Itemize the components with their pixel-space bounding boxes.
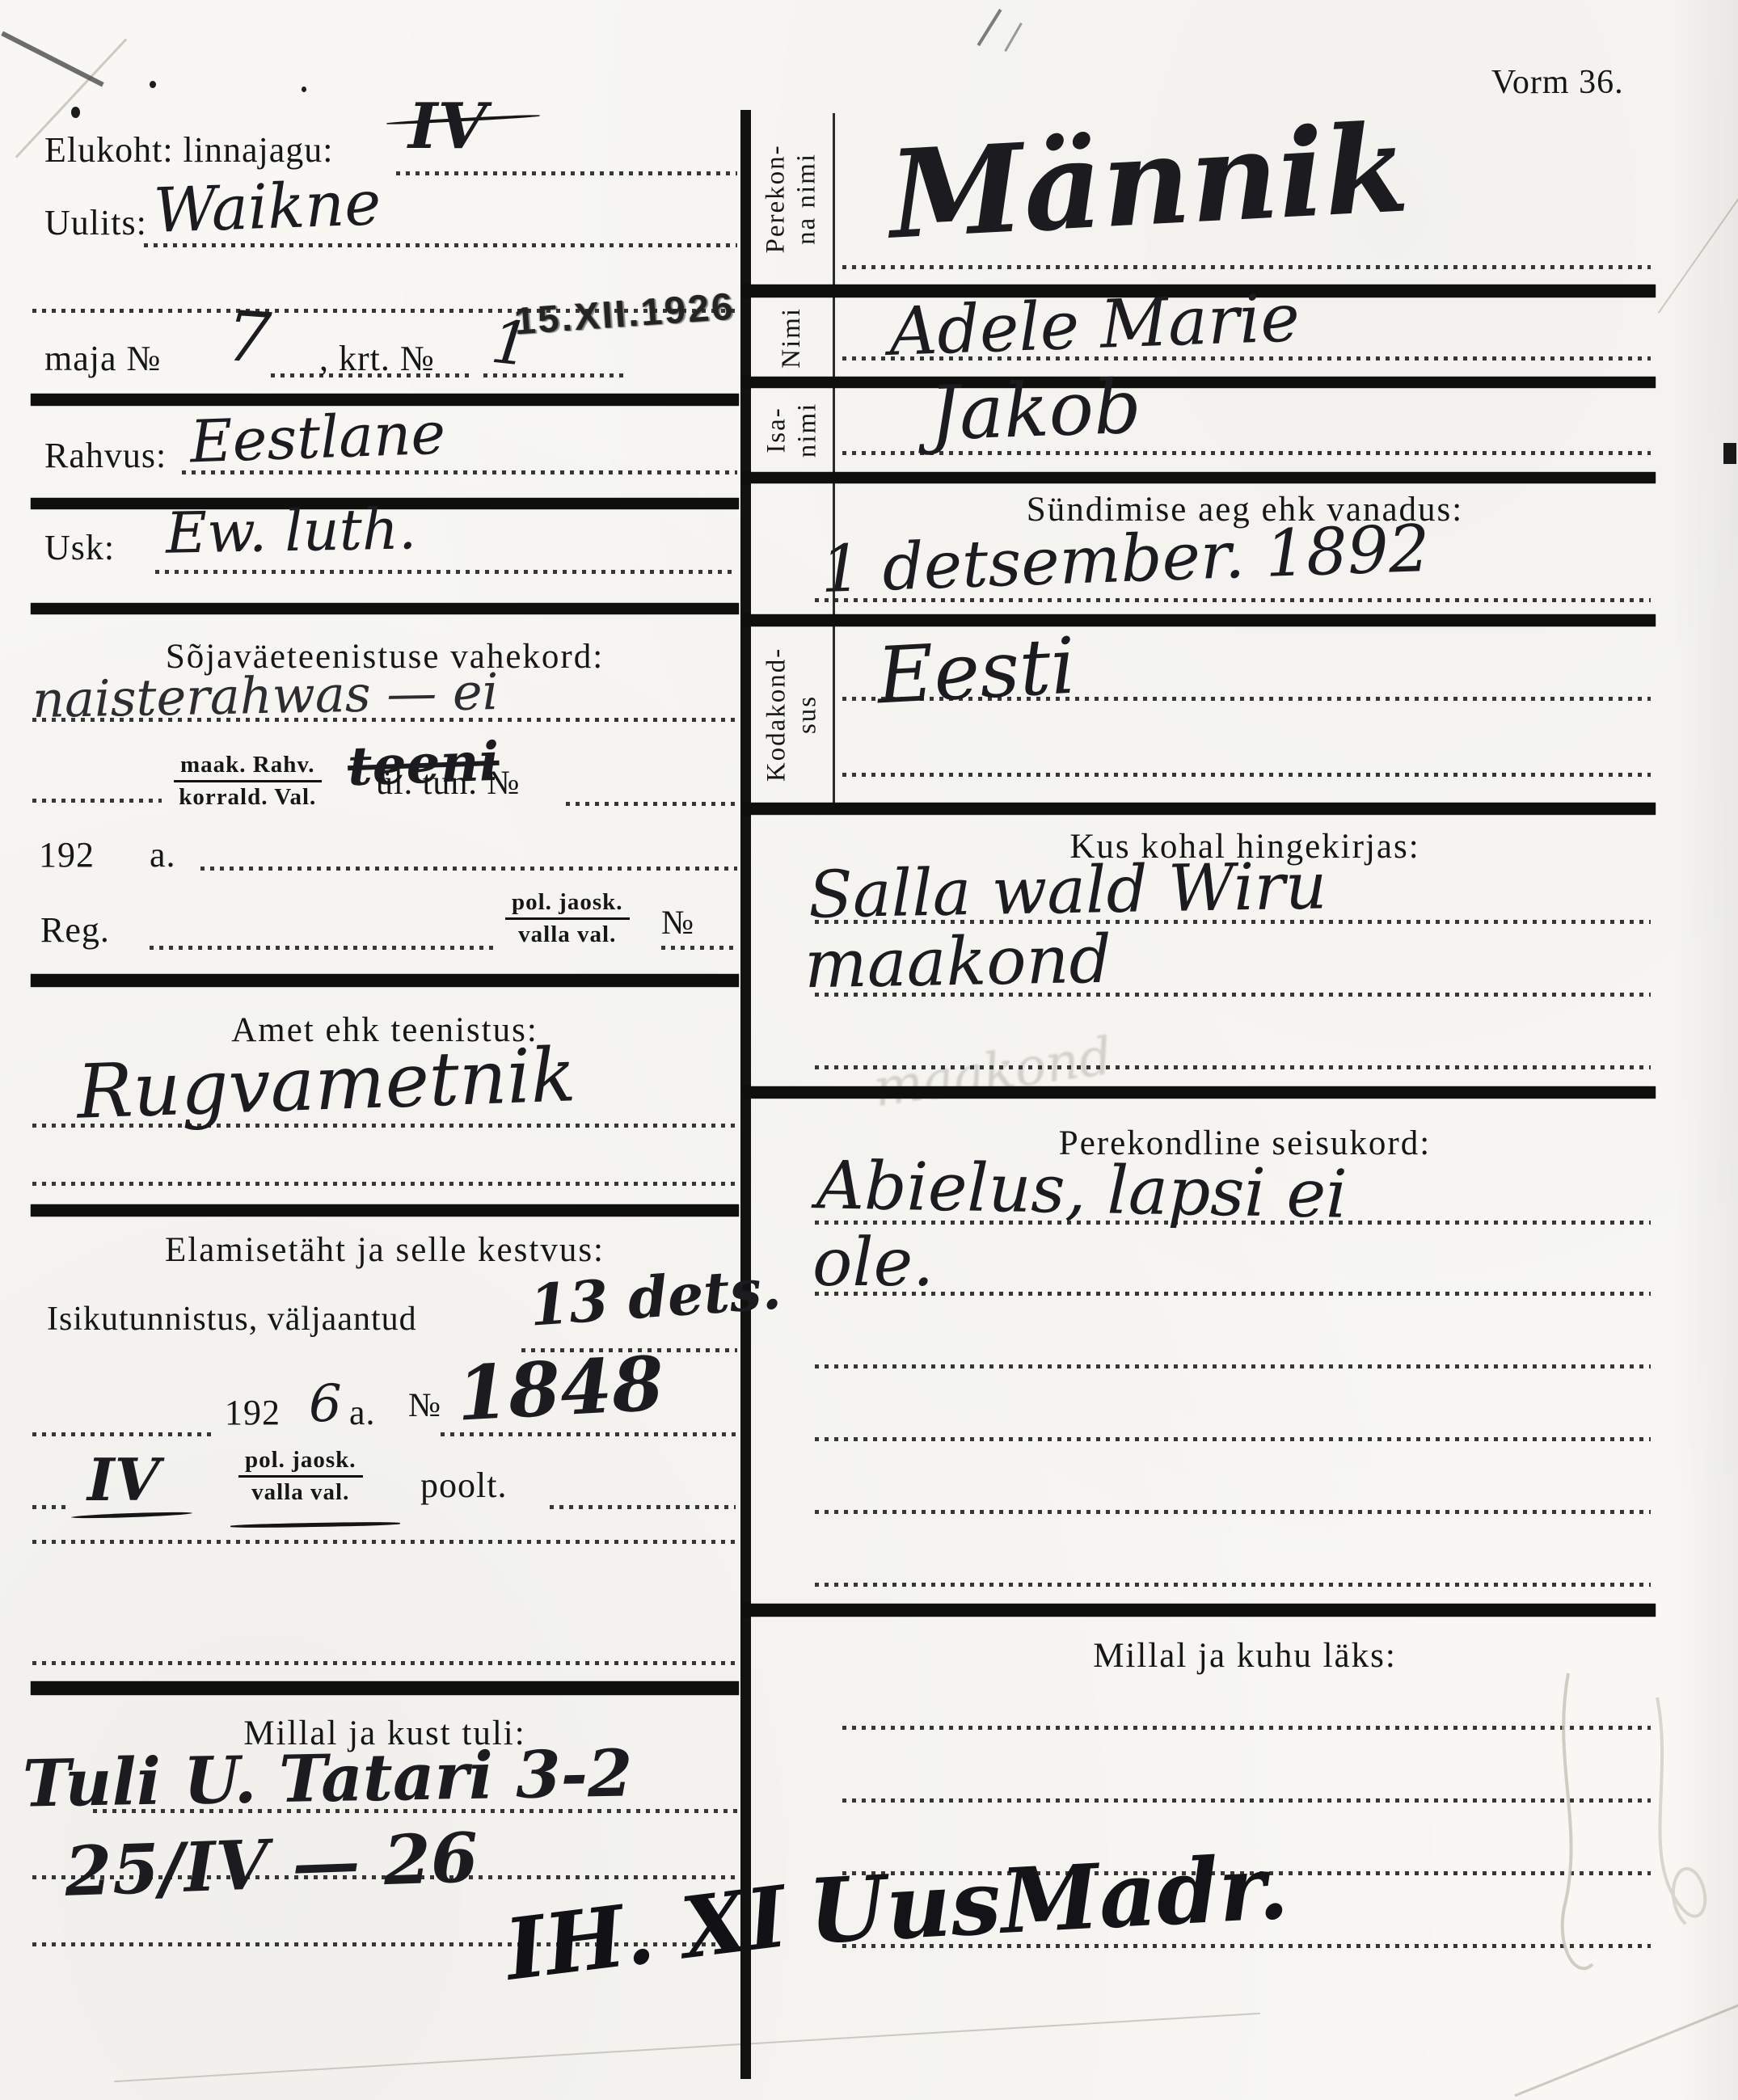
kodakondsus-label-box: Kodakond- sus bbox=[751, 626, 833, 803]
tuli-line2: 25/IV — 26 bbox=[64, 1824, 479, 1906]
nimi-value: Adele Marie bbox=[888, 285, 1301, 366]
amet-value: Rugvametnik bbox=[76, 1038, 577, 1129]
section-bar bbox=[31, 1204, 739, 1217]
poolt-label: poolt. bbox=[420, 1465, 507, 1506]
korrald-val-label: korrald. Val. bbox=[174, 782, 322, 811]
year-a-label: a. bbox=[150, 834, 176, 875]
registration-card: Vorm 36. Elukoht: linnajagu: IV Uulits: … bbox=[0, 0, 1738, 2100]
isanimi-label-line2: nimi bbox=[792, 403, 823, 458]
isanimi-label-line1: Isa- bbox=[761, 403, 792, 458]
section-bar bbox=[31, 1681, 739, 1695]
dotted-line bbox=[32, 1124, 737, 1128]
section-bar bbox=[31, 974, 739, 987]
krt-value: 1 bbox=[488, 312, 533, 376]
perekonnanimi-label-box: Perekon- na nimi bbox=[751, 113, 833, 285]
no-sign: № bbox=[661, 904, 694, 942]
dotted-line bbox=[815, 920, 1651, 924]
dotted-line bbox=[155, 570, 737, 574]
jaoskond-value: IV bbox=[87, 1451, 160, 1509]
dotted-line bbox=[815, 993, 1651, 997]
pencil-ghost-text: maakond bbox=[870, 1027, 1116, 1120]
maak-rahv-label: maak. Rahv. bbox=[174, 752, 322, 782]
dotted-line bbox=[32, 1432, 214, 1436]
hingekirjas-line1: Salla wald Wiru bbox=[808, 854, 1327, 927]
ink-blot bbox=[71, 107, 80, 118]
corner-fold-topleft bbox=[1, 32, 103, 87]
year-label: 192 bbox=[39, 834, 95, 875]
dotted-line bbox=[32, 1540, 737, 1544]
elamisetaht-header: Elamisetäht ja selle kestvus: bbox=[32, 1230, 737, 1270]
dotted-line bbox=[566, 802, 736, 806]
dotted-line bbox=[32, 1505, 71, 1509]
dotted-line bbox=[842, 265, 1651, 269]
maja-value: 7 bbox=[224, 302, 273, 374]
uulits-value: Waikne bbox=[153, 172, 382, 242]
usk-value: Ew. luth. bbox=[165, 500, 416, 561]
ink-blot bbox=[302, 86, 306, 92]
perekonnanimi-label-line2: na nimi bbox=[792, 144, 823, 253]
elukoht-label: Elukoht: linnajagu: bbox=[44, 129, 334, 171]
dotted-line bbox=[32, 718, 737, 722]
pol-jaosk-label: pol. jaosk. bbox=[505, 889, 630, 920]
dotted-line bbox=[815, 1364, 1651, 1368]
bottom-crease bbox=[114, 2013, 1260, 2082]
number-value: 1848 bbox=[455, 1346, 666, 1431]
year2-a-label: a. bbox=[349, 1392, 376, 1433]
edge-mark bbox=[1723, 443, 1736, 464]
ul-tun-label: ül. tun. № bbox=[376, 764, 520, 803]
section-bar bbox=[744, 472, 1656, 483]
official-signature: UusMadr. bbox=[807, 1843, 1291, 1957]
kodakondsus-value: Eesti bbox=[875, 627, 1078, 715]
dotted-line bbox=[550, 1505, 736, 1509]
uulits-label: Uulits: bbox=[44, 202, 147, 243]
date-stamp: 15.XII.1926 bbox=[513, 284, 736, 344]
isikutunnistus-label: Isikutunnistus, väljaantud bbox=[47, 1300, 417, 1339]
dotted-line bbox=[815, 1437, 1651, 1441]
valla-val-label: valla val. bbox=[505, 920, 630, 948]
dotted-line bbox=[815, 598, 1651, 602]
dotted-line bbox=[200, 867, 737, 871]
dotted-line bbox=[815, 1065, 1651, 1069]
dotted-line bbox=[32, 799, 162, 803]
dotted-line bbox=[32, 1875, 737, 1879]
dotted-line bbox=[144, 243, 737, 247]
elukoht-value: IV bbox=[408, 95, 487, 158]
sundimise-value: 1 detsember. 1892 bbox=[820, 517, 1431, 602]
section-bar bbox=[744, 1086, 1656, 1098]
dotted-line bbox=[32, 1182, 737, 1186]
tuli-line1: Tuli U. Tatari 3-2 bbox=[22, 1740, 633, 1815]
seisukord-line1: Abielus, lapsi ei bbox=[816, 1153, 1348, 1228]
usk-label: Usk: bbox=[44, 527, 115, 568]
form-number: Vorm 36. bbox=[1491, 63, 1624, 102]
rahvus-label: Rahvus: bbox=[44, 435, 167, 476]
sojavae-value: naisterahwas — ei bbox=[32, 667, 499, 725]
dotted-line bbox=[815, 1221, 1651, 1225]
isanimi-label-box: Isa- nimi bbox=[751, 388, 833, 472]
no-sign-2: № bbox=[408, 1386, 441, 1425]
section-bar bbox=[744, 1604, 1656, 1617]
maja-label: maja № bbox=[44, 338, 162, 379]
year2-value: 6 bbox=[309, 1378, 342, 1430]
section-bar bbox=[31, 603, 739, 614]
seisukord-line2: ole. bbox=[812, 1230, 934, 1297]
nimi-label: Nimi bbox=[777, 307, 808, 369]
dotted-line bbox=[842, 697, 1651, 701]
dotted-line bbox=[93, 1809, 737, 1813]
dotted-line bbox=[483, 373, 629, 377]
year2-label: 192 bbox=[225, 1392, 281, 1433]
dotted-line bbox=[815, 1292, 1651, 1296]
valla-val-strike bbox=[230, 1521, 400, 1529]
pol-jaosk-label-2: pol. jaosk. bbox=[238, 1447, 363, 1478]
kodakondsus-label-line1: Kodakond- bbox=[761, 647, 792, 782]
corner-mark-topright bbox=[977, 9, 1002, 46]
dotted-line bbox=[396, 171, 737, 175]
reg-label: Reg. bbox=[40, 909, 110, 951]
perekonnanimi-label-line1: Perekon- bbox=[761, 144, 792, 253]
krt-label: , krt. № bbox=[319, 338, 435, 379]
perekonnanimi-value: Männik bbox=[887, 108, 1411, 255]
dotted-line bbox=[661, 946, 737, 950]
rahvus-value: Eestlane bbox=[189, 404, 446, 471]
corner-mark-topright bbox=[1004, 23, 1023, 52]
hingekirjas-line2: maakond bbox=[804, 927, 1112, 999]
pol-jaosk-fraction: pol. jaosk. valla val. bbox=[505, 889, 630, 948]
dotted-line bbox=[815, 1510, 1651, 1514]
maak-rahv-fraction: maak. Rahv. korrald. Val. bbox=[174, 752, 322, 811]
ink-blot bbox=[150, 81, 156, 88]
kodakondsus-label-line2: sus bbox=[792, 647, 823, 782]
isanimi-value: Jakob bbox=[928, 369, 1142, 451]
dotted-line bbox=[842, 773, 1651, 777]
dotted-line bbox=[150, 946, 493, 950]
nimi-label-box: Nimi bbox=[751, 297, 833, 378]
valla-val-label-2: valla val. bbox=[238, 1478, 363, 1506]
pol-jaosk-fraction-2: pol. jaosk. valla val. bbox=[238, 1447, 363, 1506]
dotted-line bbox=[32, 1661, 737, 1665]
isikutunnistus-value: 13 dets. bbox=[528, 1260, 783, 1335]
section-bar bbox=[744, 614, 1656, 626]
section-bar bbox=[744, 377, 1656, 388]
pencil-marks bbox=[1471, 1665, 1730, 2005]
dotted-line bbox=[182, 470, 737, 474]
dotted-line bbox=[815, 1583, 1651, 1587]
dotted-line bbox=[441, 1432, 737, 1436]
section-bar bbox=[744, 803, 1656, 815]
